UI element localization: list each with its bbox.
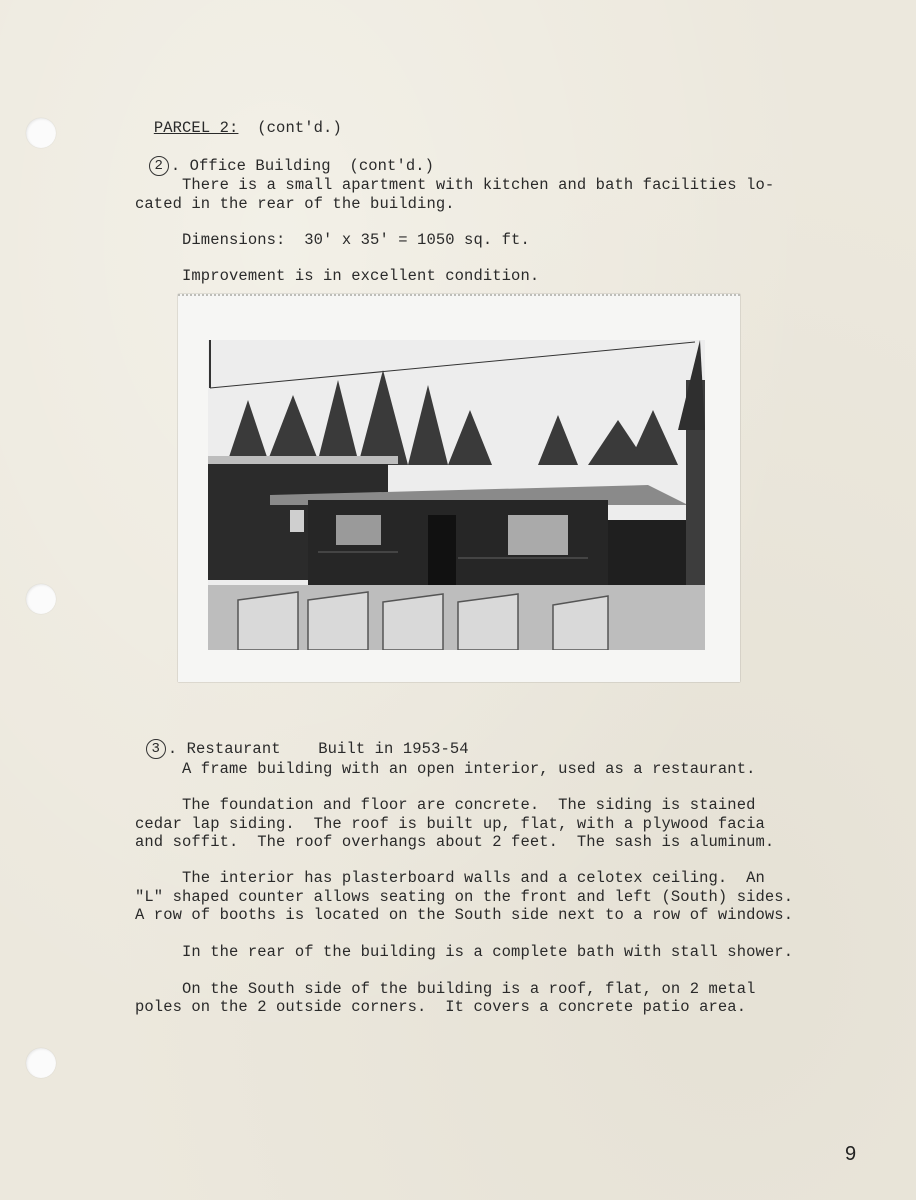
binder-hole-middle [26, 584, 56, 614]
section-3-para-2-line: cedar lap siding. The roof is built up, … [135, 815, 765, 833]
condition-text: Improvement is in excellent condition. [135, 267, 539, 285]
section-2-para-line: There is a small apartment with kitchen … [135, 176, 774, 194]
parcel-suffix: (cont'd.) [257, 119, 342, 137]
section-3-para-3-line: The interior has plasterboard walls and … [135, 869, 765, 887]
section-2-para-line: cated in the rear of the building. [135, 195, 455, 213]
building-photo [178, 294, 740, 682]
section-3-para-1: A frame building with an open interior, … [135, 760, 756, 778]
parcel-heading: PARCEL 2: (cont'd.) [135, 101, 342, 137]
binder-hole-bottom [26, 1048, 56, 1078]
section-number-3: 3 [146, 739, 166, 759]
section-2-heading: 2. Office Building (cont'd.) [130, 138, 434, 176]
photo-image [208, 340, 705, 650]
section-3-para-3-line: "L" shaped counter allows seating on the… [135, 888, 793, 906]
section-3-para-4: In the rear of the building is a complet… [135, 943, 793, 961]
section-3-para-3-line: A row of booths is located on the South … [135, 906, 793, 924]
section-3-para-2-line: The foundation and floor are concrete. T… [135, 796, 756, 814]
section-3-para-5-line: poles on the 2 outside corners. It cover… [135, 998, 746, 1016]
section-3-para-2-line: and soffit. The roof overhangs about 2 f… [135, 833, 774, 851]
dimensions-text: Dimensions: 30' x 35' = 1050 sq. ft. [135, 231, 530, 249]
page-number: 9 [845, 1143, 856, 1166]
binder-hole-top [26, 118, 56, 148]
section-3-title: Restaurant Built in 1953-54 [187, 740, 469, 758]
section-3-para-5-line: On the South side of the building is a r… [135, 980, 756, 998]
section-3-heading: 3. Restaurant Built in 1953-54 [127, 721, 469, 759]
section-number-2: 2 [149, 156, 169, 176]
section-2-title: Office Building (cont'd.) [190, 157, 434, 175]
parcel-label: PARCEL 2: [154, 119, 239, 137]
